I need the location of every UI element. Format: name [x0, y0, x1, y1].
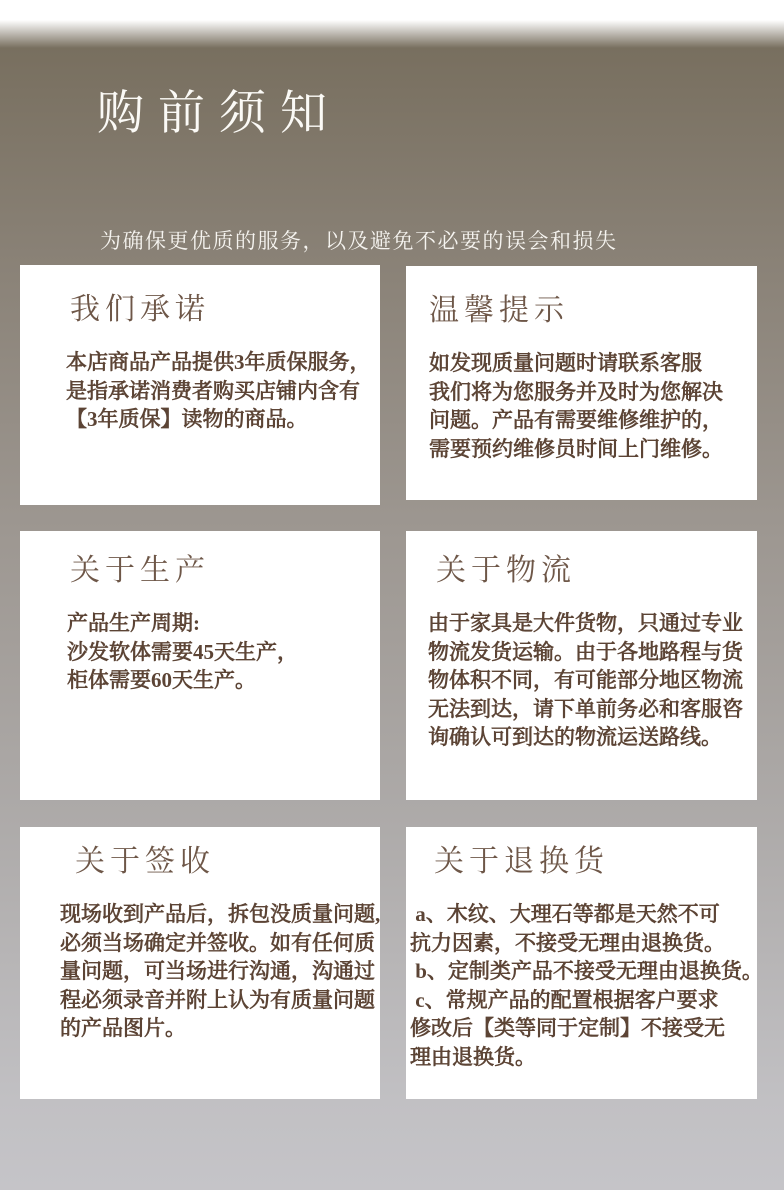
card-title: 关于物流: [436, 553, 757, 589]
pre-purchase-notice-page: { "page": { "title": "购前须知", "subtitle_l…: [0, 0, 784, 1190]
card-title: 温馨提示: [429, 293, 757, 329]
card-about-logistics: 关于物流 由于家具是大件货物，只通过专业 物流发货运输。由于各地路程与货 物体积…: [406, 531, 757, 800]
card-about-returns: 关于退换货 a、木纹、大理石等都是天然不可 抗力因素，不接受无理由退换货。 b、…: [406, 827, 757, 1099]
card-title: 我们承诺: [70, 292, 380, 328]
card-body: 产品生产周期: 沙发软体需要45天生产， 柜体需要60天生产。: [67, 609, 380, 695]
card-body: 由于家具是大件货物，只通过专业 物流发货运输。由于各地路程与货 物体积不同，有可…: [428, 609, 757, 752]
card-about-production: 关于生产 产品生产周期: 沙发软体需要45天生产， 柜体需要60天生产。: [20, 531, 380, 800]
card-body: 现场收到产品后，拆包没质量问题, 必须当场确定并签收。如有任何质 量问题，可当场…: [60, 900, 380, 1043]
page-subtitle-line1: 为确保更优质的服务，以及避免不必要的误会和损失: [100, 224, 618, 258]
page-title: 购前须知: [97, 84, 341, 144]
card-title: 关于生产: [70, 553, 380, 589]
card-about-signing: 关于签收 现场收到产品后，拆包没质量问题, 必须当场确定并签收。如有任何质 量问…: [20, 827, 380, 1099]
card-warm-tips: 温馨提示 如发现质量问题时请联系客服 我们将为您服务并及时为您解决 问题。产品有…: [406, 266, 757, 500]
card-body: 如发现质量问题时请联系客服 我们将为您服务并及时为您解决 问题。产品有需要维修维…: [429, 349, 757, 463]
card-body: a、木纹、大理石等都是天然不可 抗力因素，不接受无理由退换货。 b、定制类产品不…: [410, 900, 757, 1071]
card-our-promise: 我们承诺 本店商品产品提供3年质保服务， 是指承诺消费者购买店铺内含有 【3年质…: [20, 265, 380, 505]
card-body: 本店商品产品提供3年质保服务， 是指承诺消费者购买店铺内含有 【3年质保】读物的…: [66, 348, 380, 434]
card-title: 关于签收: [75, 844, 380, 880]
card-title: 关于退换货: [434, 844, 757, 880]
